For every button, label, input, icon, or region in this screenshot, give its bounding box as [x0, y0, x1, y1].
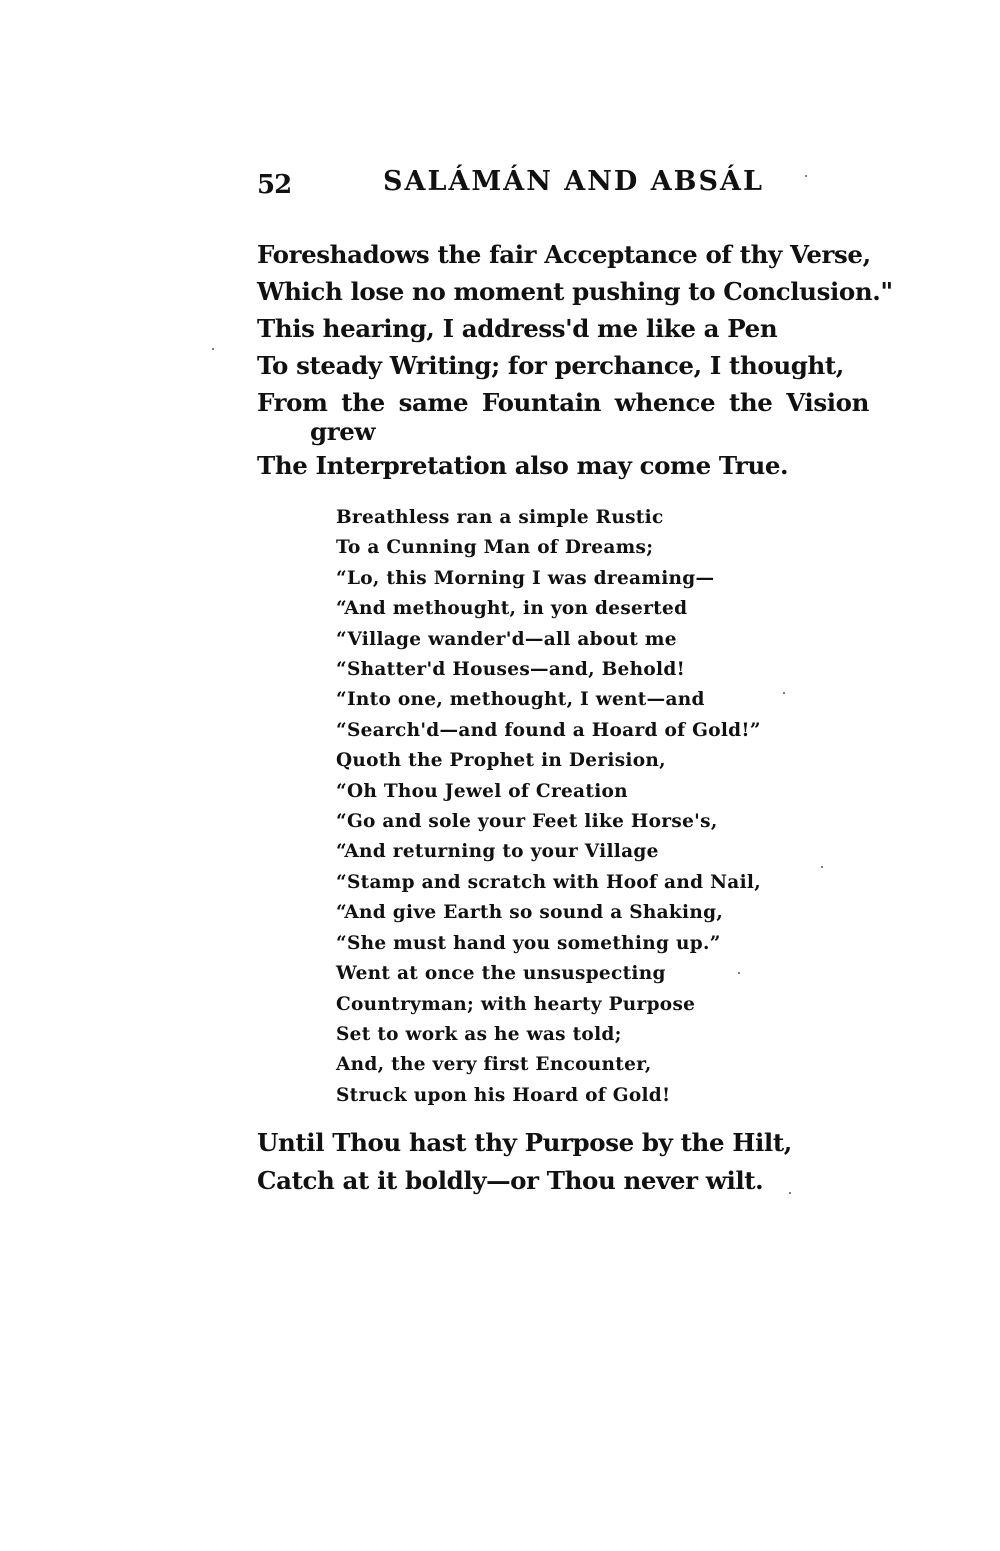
verse-before-tale: Foreshadows the fair Acceptance of thy V… — [257, 236, 869, 484]
tale-line: “Into one, methought, I went—and — [336, 685, 816, 715]
scan-speck — [212, 348, 214, 350]
tale-line: To a Cunning Man of Dreams; — [336, 533, 816, 563]
verse-after-tale: Until Thou hast thy Purpose by the Hilt,… — [257, 1124, 869, 1200]
tale-line: And, the very first Encounter, — [336, 1050, 816, 1080]
scan-speck — [805, 175, 807, 177]
tale-line: “And give Earth so sound a Shaking, — [336, 898, 816, 928]
book-page: 52 SALÁMÁN AND ABSÁL Foreshadows the fai… — [0, 0, 1000, 1551]
verse-line: From the same Fountain whence the Vision — [257, 384, 869, 421]
inset-tale: Breathless ran a simple Rustic To a Cunn… — [336, 503, 816, 1111]
scan-speck — [821, 866, 823, 868]
tale-line: “She must hand you something up.” — [336, 929, 816, 959]
scan-speck — [789, 1192, 791, 1194]
tale-line: Went at once the unsuspecting — [336, 959, 816, 989]
tale-line: “Village wander'd—all about me — [336, 625, 816, 655]
tale-line: Breathless ran a simple Rustic — [336, 503, 816, 533]
verse-line: The Interpretation also may come True. — [257, 447, 869, 484]
scan-speck — [783, 692, 785, 694]
tale-line: “Oh Thou Jewel of Creation — [336, 777, 816, 807]
tale-line: Countryman; with hearty Purpose — [336, 990, 816, 1020]
running-title: SALÁMÁN AND ABSÁL — [383, 166, 764, 197]
verse-line: To steady Writing; for perchance, I thou… — [257, 347, 869, 384]
tale-line: Set to work as he was told; — [336, 1020, 816, 1050]
tale-line: “Shatter'd Houses—and, Behold! — [336, 655, 816, 685]
tale-line: “Lo, this Morning I was dreaming— — [336, 564, 816, 594]
verse-line: Catch at it boldly—or Thou never wilt. — [257, 1162, 869, 1200]
tale-line: “Stamp and scratch with Hoof and Nail, — [336, 868, 816, 898]
page-number: 52 — [257, 170, 291, 200]
verse-line: Until Thou hast thy Purpose by the Hilt, — [257, 1124, 869, 1162]
verse-line: Which lose no moment pushing to Conclusi… — [257, 273, 869, 310]
verse-line: Foreshadows the fair Acceptance of thy V… — [257, 236, 869, 273]
tale-line: “Search'd—and found a Hoard of Gold!” — [336, 716, 816, 746]
running-head: 52 SALÁMÁN AND ABSÁL — [257, 166, 877, 206]
verse-line: This hearing, I address'd me like a Pen — [257, 310, 869, 347]
tale-line: Struck upon his Hoard of Gold! — [336, 1081, 816, 1111]
tale-line: “And methought, in yon deserted — [336, 594, 816, 624]
scan-speck — [738, 972, 740, 974]
tale-line: “And returning to your Village — [336, 837, 816, 867]
verse-line-continuation: grew — [257, 417, 869, 447]
tale-line: Quoth the Prophet in Derision, — [336, 746, 816, 776]
tale-line: “Go and sole your Feet like Horse's, — [336, 807, 816, 837]
